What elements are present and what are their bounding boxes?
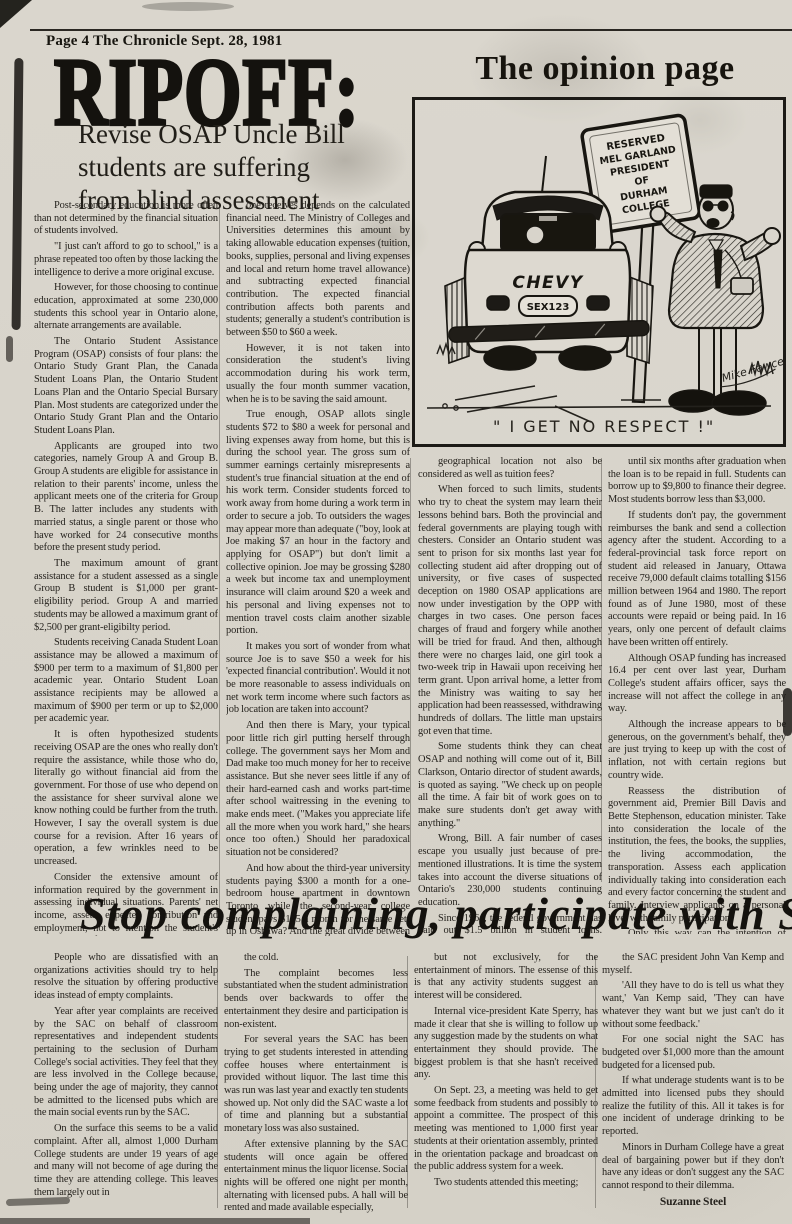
- paragraph: Some students think they can cheat OSAP …: [418, 741, 602, 830]
- top-rule: [30, 29, 792, 31]
- license-plate-text: SEX123: [527, 302, 570, 313]
- paragraph: True enough, OSAP allots single students…: [226, 409, 410, 638]
- paragraph: On the surface this seems to be a valid …: [34, 1123, 218, 1199]
- subhead-line: students are suffering: [78, 151, 418, 184]
- newspaper-page: Page 4 The Chronicle Sept. 28, 1981 RIPO…: [0, 0, 792, 1224]
- paragraph: The Ontario Student Assistance Program (…: [34, 336, 218, 438]
- paragraph: And then there is Mary, your typical poo…: [226, 720, 410, 860]
- cartoon-caption: " I GET NO RESPECT !": [493, 417, 715, 436]
- paragraph: Although OSAP funding has increased 16.4…: [608, 653, 786, 717]
- scan-artifact: [0, 0, 32, 28]
- paragraph: For several years the SAC has been tryin…: [224, 1034, 408, 1136]
- paragraph: Minors in Durham College have a great de…: [602, 1142, 784, 1193]
- sac-column-2: the cold.The complaint becomes less subs…: [224, 952, 408, 1214]
- scan-artifact: [12, 58, 24, 330]
- paragraph: It is often hypothesized students receiv…: [34, 729, 218, 869]
- paragraph: "I just can't afford to go to school," i…: [34, 241, 218, 279]
- sac-byline: Suzanne Steel: [602, 1196, 784, 1209]
- sac-column-4: the SAC president John Van Kemp and myse…: [602, 952, 784, 1214]
- car-brand-text: CHEVY: [512, 273, 583, 293]
- paragraph: Post-secondary education is more often t…: [34, 200, 218, 238]
- column-divider: [217, 956, 218, 1208]
- scan-artifact: [6, 336, 13, 362]
- sign-line: OF: [634, 175, 650, 188]
- paragraph: one receives depends on the calculated f…: [226, 200, 410, 340]
- paragraph: When forced to such limits, students who…: [418, 484, 602, 738]
- column-divider: [595, 956, 596, 1208]
- column-divider: [410, 458, 411, 882]
- paragraph: the cold.: [224, 952, 408, 965]
- paragraph: Students receiving Canada Student Loan a…: [34, 637, 218, 726]
- paragraph: It makes you sort of wonder from what so…: [226, 641, 410, 717]
- paragraph: Internal vice-president Kate Sperry, has…: [414, 1006, 598, 1082]
- ripoff-column-3: geographical location not also be consid…: [418, 456, 602, 934]
- subhead-line: Revise OSAP Uncle Bill: [78, 118, 418, 151]
- paragraph: Year after year complaints are received …: [34, 1006, 218, 1120]
- paragraph: The maximum amount of grant assistance f…: [34, 558, 218, 634]
- ripoff-column-2: one receives depends on the calculated f…: [226, 200, 410, 936]
- paragraph: Applicants are grouped into two categori…: [34, 441, 218, 555]
- paragraph: Although the increase appears to be gene…: [608, 719, 786, 783]
- paragraph: 'All they have to do is tell us what the…: [602, 980, 784, 1031]
- paragraph: If students don't pay, the government re…: [608, 510, 786, 650]
- paragraph: People who are dissatisfied with an orga…: [34, 952, 218, 1003]
- paragraph: Two students attended this meeting;: [414, 1177, 598, 1190]
- sac-column-1: People who are dissatisfied with an orga…: [34, 952, 218, 1214]
- sac-headline: Stop complaining, participate with SAC: [80, 891, 780, 937]
- scan-artifact: [0, 1218, 310, 1224]
- paragraph: On Sept. 23, a meeting was held to get s…: [414, 1085, 598, 1174]
- ripoff-column-1: Post-secondary education is more often t…: [34, 200, 218, 936]
- column-divider: [407, 956, 408, 1208]
- paragraph: geographical location not also be consid…: [418, 456, 602, 481]
- editorial-cartoon: RESERVED MEL GARLAND PRESIDENT OF DURHAM…: [412, 97, 786, 447]
- column-divider: [219, 206, 220, 928]
- ripoff-column-4-text: until six months after graduation when t…: [608, 456, 786, 934]
- paragraph: The complaint becomes less substantiated…: [224, 968, 408, 1032]
- paragraph: If what underage students want is to be …: [602, 1075, 784, 1139]
- paragraph: until six months after graduation when t…: [608, 456, 786, 507]
- ripoff-column-4: until six months after graduation when t…: [608, 456, 786, 934]
- paragraph: After extensive planning by the SAC stud…: [224, 1139, 408, 1214]
- paragraph: However, it is not taken into considerat…: [226, 343, 410, 407]
- column-divider: [601, 458, 602, 882]
- paragraph: For one social night the SAC has budgete…: [602, 1034, 784, 1072]
- sac-column-4-text: the SAC president John Van Kemp and myse…: [602, 952, 784, 1193]
- sac-column-3: but not exclusively, for the entertainme…: [414, 952, 598, 1214]
- opinion-page-header: The opinion page: [450, 50, 760, 88]
- cartoon-drawing: RESERVED MEL GARLAND PRESIDENT OF DURHAM…: [415, 100, 783, 444]
- paragraph: but not exclusively, for the entertainme…: [414, 952, 598, 1003]
- scan-artifact: [142, 2, 234, 11]
- scan-artifact: [783, 688, 792, 736]
- paragraph: the SAC president John Van Kemp and myse…: [602, 952, 784, 977]
- paragraph: However, for those choosing to continue …: [34, 282, 218, 333]
- cartoon-man: [651, 185, 781, 415]
